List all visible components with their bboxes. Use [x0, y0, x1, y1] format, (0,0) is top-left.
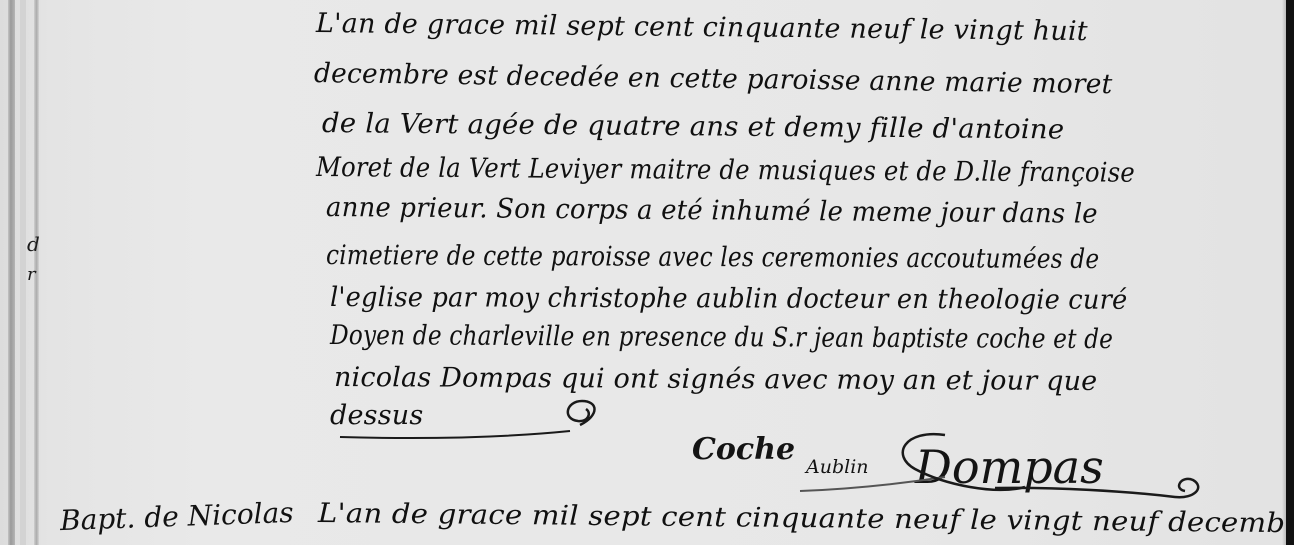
entry-line: anne prieur. Son corps a eté inhumé le m…	[326, 192, 1098, 230]
page-right-border	[1286, 0, 1294, 545]
gutter-mark: r	[27, 264, 36, 285]
entry-line: Doyen de charleville en presence du S.r …	[330, 320, 1113, 355]
gutter-mark: d	[27, 232, 40, 256]
entry-line: decembre est decedée en cette paroisse a…	[314, 58, 1113, 100]
entry-line: l'eglise par moy christophe aublin docte…	[330, 282, 1128, 316]
entry-line: nicolas Dompas qui ont signés avec moy a…	[334, 362, 1098, 397]
signature-coche: Coche	[692, 432, 795, 467]
manuscript-page: d r L'an de grace mil sept cent cinquant…	[0, 0, 1294, 545]
entry-line: cimetiere de cette paroisse avec les cer…	[326, 240, 1099, 275]
margin-note: Bapt. de Nicolas	[59, 496, 294, 537]
signature-flourish	[795, 425, 1215, 505]
entry-line: de la Vert agée de quatre ans et demy fi…	[322, 108, 1065, 145]
binding-line	[8, 0, 15, 545]
binding-gutter	[0, 0, 48, 545]
end-flourish	[330, 395, 610, 445]
entry-line: Moret de la Vert Leviyer maitre de musiq…	[316, 152, 1135, 189]
binding-line	[20, 0, 26, 545]
entry-line: L'an de grace mil sept cent cinquante ne…	[316, 8, 1088, 47]
